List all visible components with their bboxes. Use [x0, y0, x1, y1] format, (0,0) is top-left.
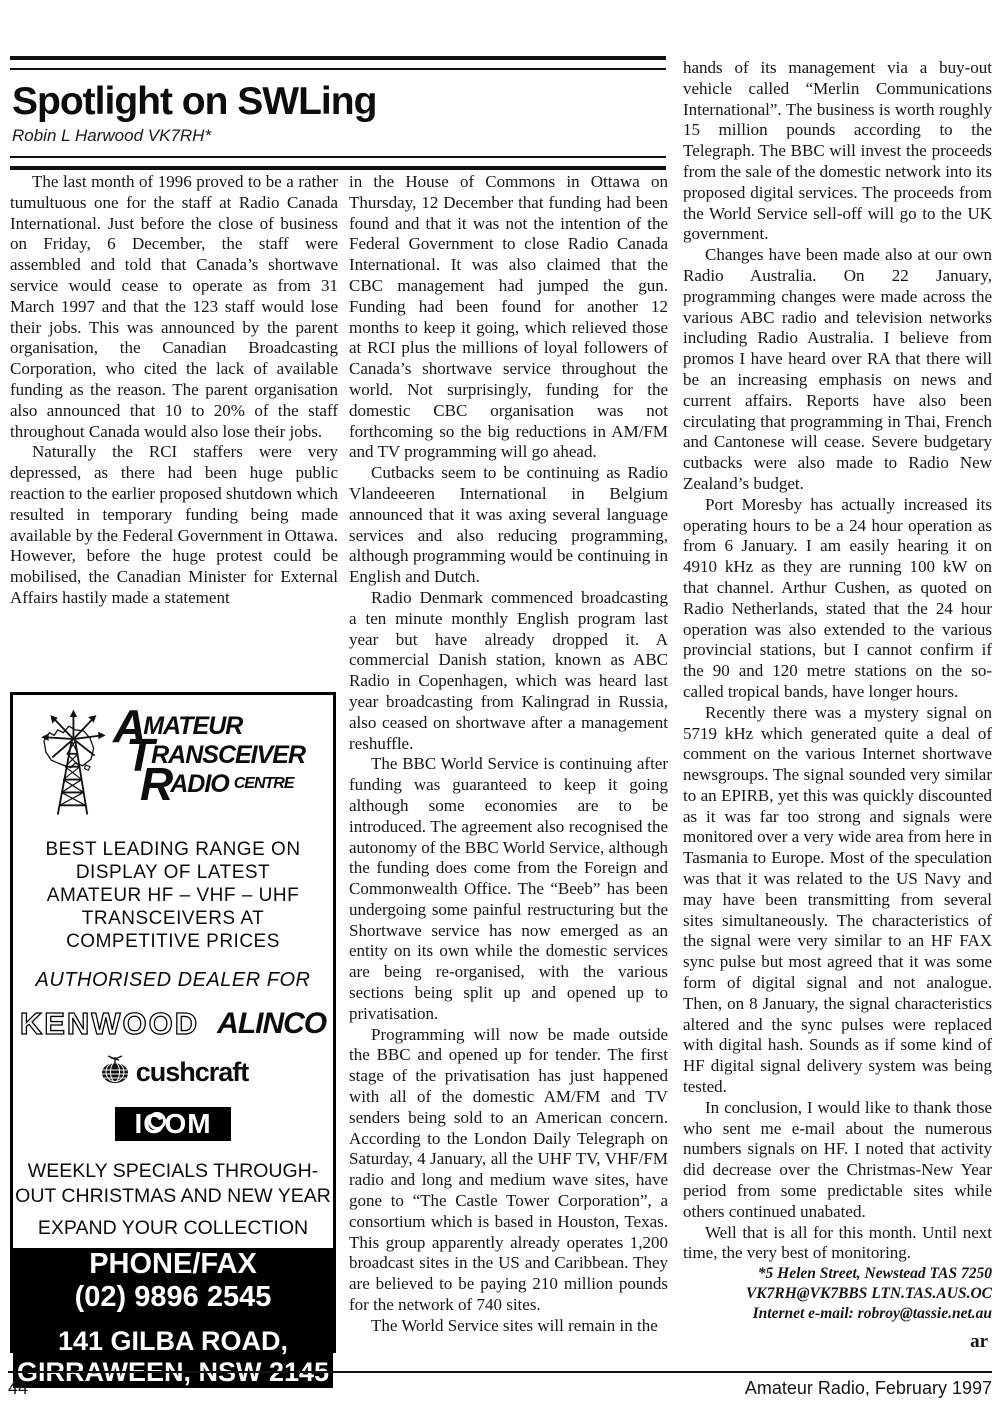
ad-specials-line: WEEKLY SPECIALS THROUGH- — [15, 1159, 331, 1184]
ad-authorised-dealer-text: AUTHORISED DEALER FOR — [36, 969, 311, 992]
atr-rest-radio: ADIO — [170, 769, 229, 799]
body-paragraph: Recently there was a mystery signal on 5… — [683, 703, 992, 1098]
cushcraft-logo: cushcraft — [136, 1057, 249, 1088]
atr-logo: A MATEUR T RANSCEIVER R ADIO CENTRE — [13, 707, 333, 824]
cushcraft-logo-row: cushcraft — [98, 1054, 249, 1091]
ad-address-line1: 141 GILBA ROAD, — [17, 1326, 329, 1357]
atr-big-letter-r: R — [140, 769, 172, 799]
body-column-3: hands of its management via a buy-out ve… — [683, 58, 992, 1353]
ad-specials-line: OUT CHRISTMAS AND NEW YEAR — [15, 1184, 331, 1209]
body-paragraph: Well that is all for this month. Until n… — [683, 1223, 992, 1265]
body-paragraph: Cutbacks seem to be continuing as Radio … — [349, 463, 668, 588]
ad-tagline-line: AMATEUR HF – VHF – UHF — [45, 884, 300, 907]
radio-tower-australia-icon — [21, 707, 113, 824]
body-paragraph: Changes have been made also at our own R… — [683, 245, 992, 495]
atr-rest-amateur: MATEUR — [143, 711, 242, 741]
alinco-logo: ALINCO — [217, 1007, 326, 1041]
ad-expand-text: EXPAND YOUR COLLECTION — [38, 1217, 308, 1240]
atr-logo-line-radio-centre: R ADIO CENTRE — [140, 769, 305, 799]
body-paragraph: VK7RH@VK7BBS LTN.TAS.AUS.OC — [683, 1284, 992, 1304]
ad-tagline-line: COMPETITIVE PRICES — [45, 930, 300, 953]
body-paragraph: in the House of Commons in Ottawa on Thu… — [349, 172, 668, 463]
body-paragraph: ar — [683, 1332, 992, 1353]
body-paragraph: *5 Helen Street, Newstead TAS 7250 — [683, 1264, 992, 1284]
body-paragraph: Internet e-mail: robroy@tassie.net.au — [683, 1304, 992, 1324]
ad-phone-label: PHONE/FAX — [89, 1248, 257, 1281]
ad-tagline-line: DISPLAY OF LATEST — [45, 861, 300, 884]
icom-dot-icon — [148, 1112, 166, 1130]
atr-rest-transceiver: RANSCEIVER — [151, 740, 305, 770]
footer-rule — [8, 1371, 992, 1373]
body-column-1: The last month of 1996 proved to be a ra… — [10, 172, 338, 609]
body-paragraph: Naturally the RCI staffers were very dep… — [10, 442, 338, 608]
body-paragraph: hands of its management via a buy-out ve… — [683, 58, 992, 245]
magazine-page: Spotlight on SWLing Robin L Harwood VK7R… — [0, 0, 1000, 1401]
body-column-2: in the House of Commons in Ottawa on Thu… — [349, 172, 668, 1337]
body-paragraph: In conclusion, I would like to thank tho… — [683, 1098, 992, 1223]
body-paragraph: The World Service sites will remain in t… — [349, 1316, 668, 1337]
ad-tagline-line: BEST LEADING RANGE ON — [45, 838, 300, 861]
advertisement-atr-centre: A MATEUR T RANSCEIVER R ADIO CENTRE BEST… — [10, 692, 336, 1353]
ad-tagline: BEST LEADING RANGE ONDISPLAY OF LATESTAM… — [45, 838, 300, 953]
atr-rest-centre: CENTRE — [234, 769, 294, 799]
ad-phone-number: (02) 9896 2545 — [75, 1281, 272, 1314]
body-paragraph: Programming will now be made outside the… — [349, 1025, 668, 1316]
body-paragraph: Radio Denmark commenced broadcasting a t… — [349, 588, 668, 754]
body-paragraph: The BBC World Service is continuing afte… — [349, 754, 668, 1024]
kenwood-logo: KENWOOD — [20, 1006, 199, 1042]
icom-logo-text: ICOM — [134, 1107, 211, 1141]
body-paragraph: The last month of 1996 proved to be a ra… — [10, 172, 338, 442]
ad-specials-text: WEEKLY SPECIALS THROUGH-OUT CHRISTMAS AN… — [15, 1159, 331, 1209]
header-rule-bottom — [10, 156, 666, 170]
ad-tagline-line: TRANSCEIVERS AT — [45, 907, 300, 930]
article-header: Spotlight on SWLing Robin L Harwood VK7R… — [10, 56, 666, 170]
footer-magazine-title: Amateur Radio, February 1997 — [745, 1378, 992, 1399]
atr-logo-text: A MATEUR T RANSCEIVER R ADIO CENTRE — [113, 711, 305, 799]
ad-brands-row: KENWOOD ALINCO — [20, 1006, 326, 1042]
article-title: Spotlight on SWLing — [12, 80, 666, 124]
footer-page-number: 44 — [8, 1378, 28, 1399]
icom-logo: ICOM — [115, 1107, 231, 1141]
header-rule-top — [10, 56, 666, 70]
article-byline: Robin L Harwood VK7RH* — [12, 126, 666, 146]
ad-contact-block: PHONE/FAX (02) 9896 2545 141 GILBA ROAD,… — [13, 1248, 333, 1388]
cushcraft-globe-icon — [98, 1054, 132, 1091]
body-paragraph: Port Moresby has actually increased its … — [683, 495, 992, 703]
